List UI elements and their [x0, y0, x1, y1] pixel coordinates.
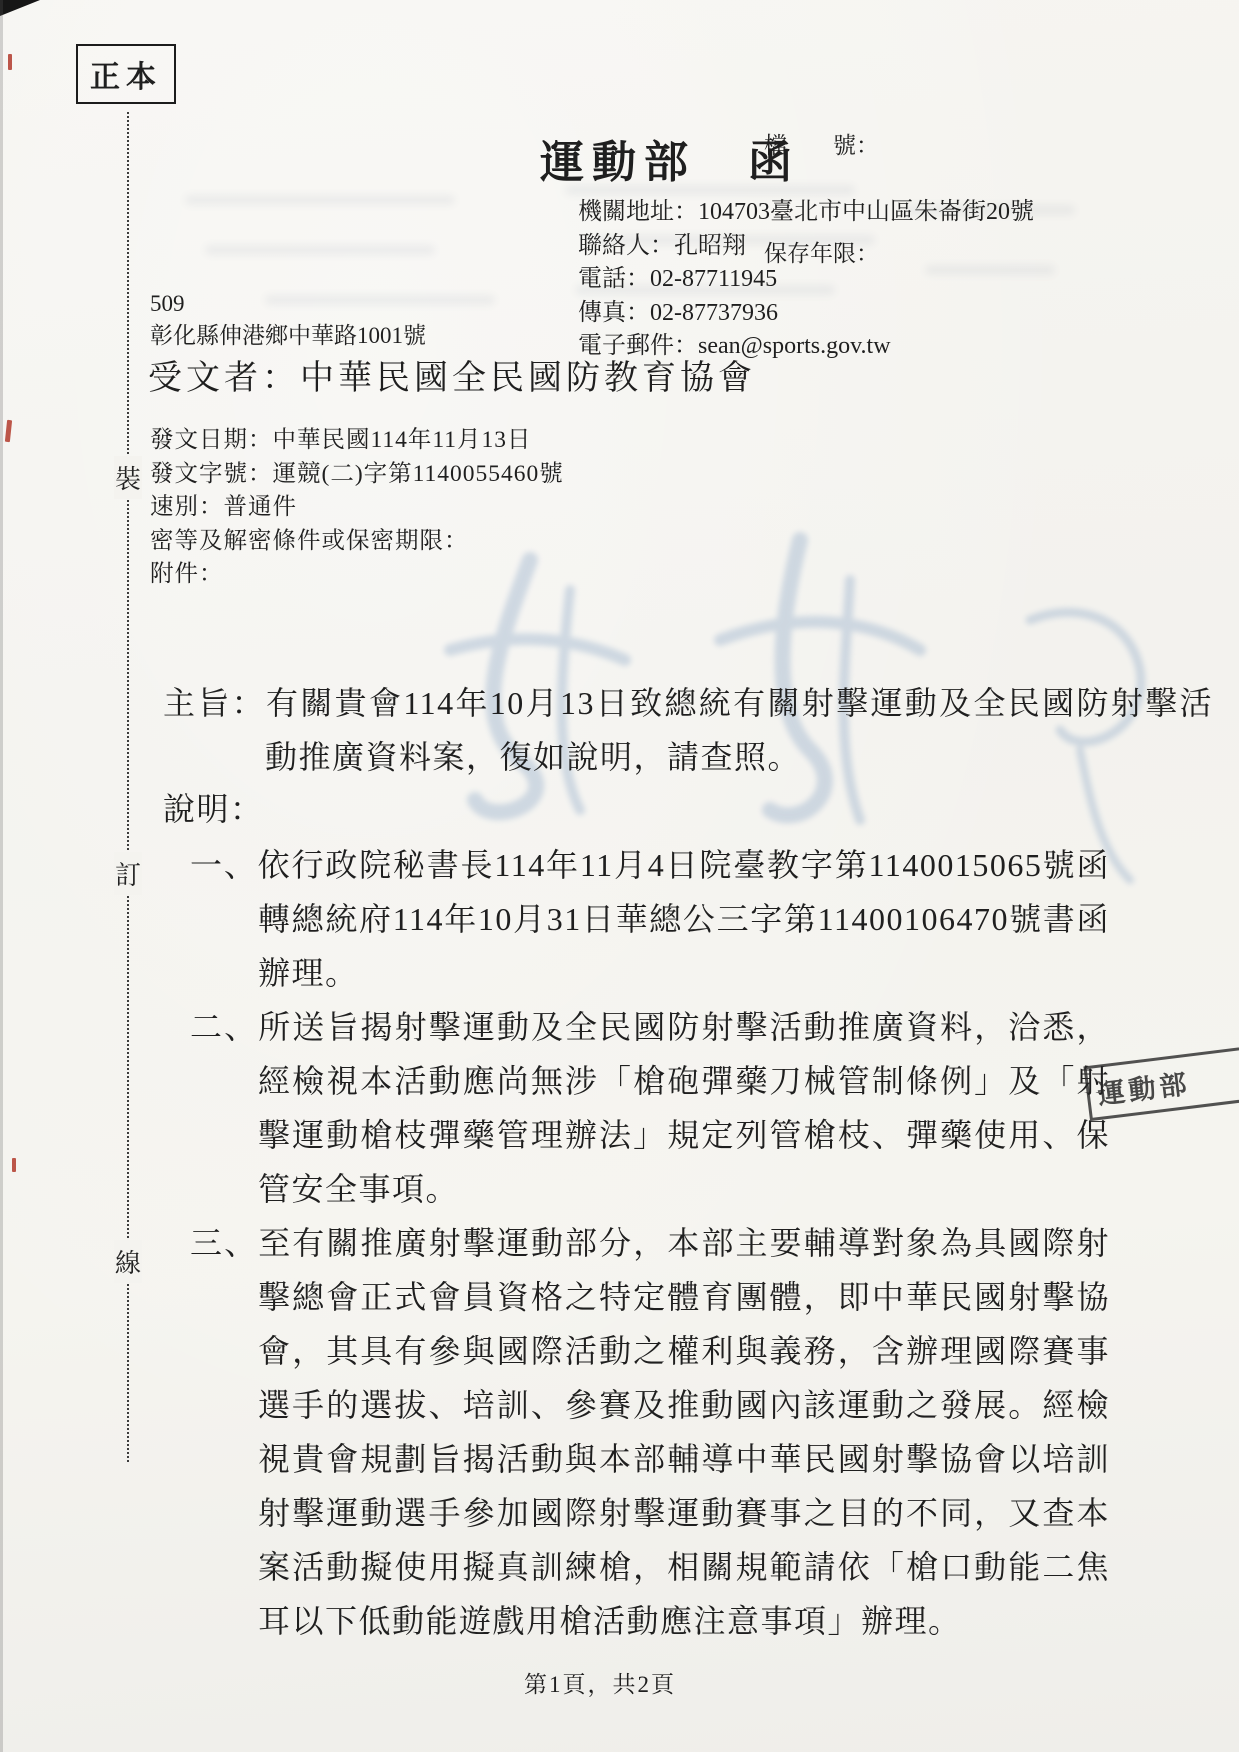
scan-corner-artifact [0, 0, 40, 16]
copy-type-box: 正本 [76, 44, 176, 104]
item-text: 依行政院秘書長114年11月4日院臺教字第1140015065號函轉總統府114… [258, 847, 1110, 991]
explanation-heading: 說明： [163, 784, 264, 830]
doc-number: 發文字號：運競(二)字第1140055460號 [150, 458, 564, 492]
item-number: 三、 [190, 1225, 258, 1261]
subject-paragraph: 主旨：有關貴會114年10月13日致總統有關射擊運動及全民國防射擊活動推廣資料案… [163, 676, 1213, 784]
agency-address: 機關地址：104703臺北市中山區朱崙街20號 [578, 196, 1034, 230]
fax: 傳真：02-87737936 [578, 297, 1034, 331]
recipient-zip: 509 [150, 288, 426, 320]
security-class: 密等及解密條件或保密期限： [150, 525, 564, 559]
red-edge-mark [5, 420, 12, 442]
issue-date: 發文日期：中華民國114年11月13日 [150, 424, 564, 458]
page-footer: 第1頁，共2頁 [0, 1666, 1200, 1699]
binding-mark-ding: 訂 [114, 852, 142, 895]
recipient-address-block: 509 彰化縣伸港鄉中華路1001號 [150, 288, 426, 352]
speed-class: 速別：普通件 [150, 491, 564, 525]
explanation-item-3: 三、至有關推廣射擊運動部分，本部主要輔導對象為具國際射擊總會正式會員資格之特定體… [190, 1216, 1110, 1648]
item-text: 所送旨揭射擊運動及全民國防射擊活動推廣資料，洽悉，經檢視本活動應尚無涉「槍砲彈藥… [258, 1009, 1110, 1207]
binding-mark-xian: 線 [114, 1240, 142, 1283]
item-text: 至有關推廣射擊運動部分，本部主要輔導對象為具國際射擊總會正式會員資格之特定體育團… [258, 1225, 1110, 1639]
red-edge-mark [8, 54, 12, 70]
explanation-item-2: 二、所送旨揭射擊運動及全民國防射擊活動推廣資料，洽悉，經檢視本活動應尚無涉「槍砲… [190, 1000, 1110, 1216]
phone: 電話：02-87711945 [578, 263, 1034, 297]
red-edge-mark [12, 1158, 16, 1172]
sender-contact-block: 機關地址：104703臺北市中山區朱崙街20號 聯絡人：孔昭翔 電話：02-87… [578, 196, 1034, 364]
explanation-list: 一、依行政院秘書長114年11月4日院臺教字第1140015065號函轉總統府1… [190, 838, 1110, 1648]
binding-mark-zhuang: 裝 [114, 456, 142, 499]
contact-person: 聯絡人：孔昭翔 [578, 230, 1034, 264]
subject-text: 有關貴會114年10月13日致總統有關射擊運動及全民國防射擊活動推廣資料案，復如… [265, 685, 1213, 775]
subject-label: 主旨： [163, 685, 266, 721]
document-meta-block: 發文日期：中華民國114年11月13日 發文字號：運競(二)字第11400554… [150, 424, 564, 592]
document-title: 運動部 函 [440, 126, 900, 190]
explanation-item-1: 一、依行政院秘書長114年11月4日院臺教字第1140015065號函轉總統府1… [190, 838, 1110, 1000]
recipient-line: 受文者：中華民國全民國防教育協會 [148, 350, 756, 399]
item-number: 二、 [190, 1009, 258, 1045]
scan-edge-shadow [0, 0, 3, 1752]
item-number: 一、 [190, 847, 258, 883]
recipient-street: 彰化縣伸港鄉中華路1001號 [150, 320, 426, 352]
attachment-label: 附件： [150, 558, 564, 592]
scanned-official-letter-page: 裝 訂 線 正本 檔 號： 保存年限： 運動部 函 機關地址：104703臺北市… [0, 0, 1239, 1752]
